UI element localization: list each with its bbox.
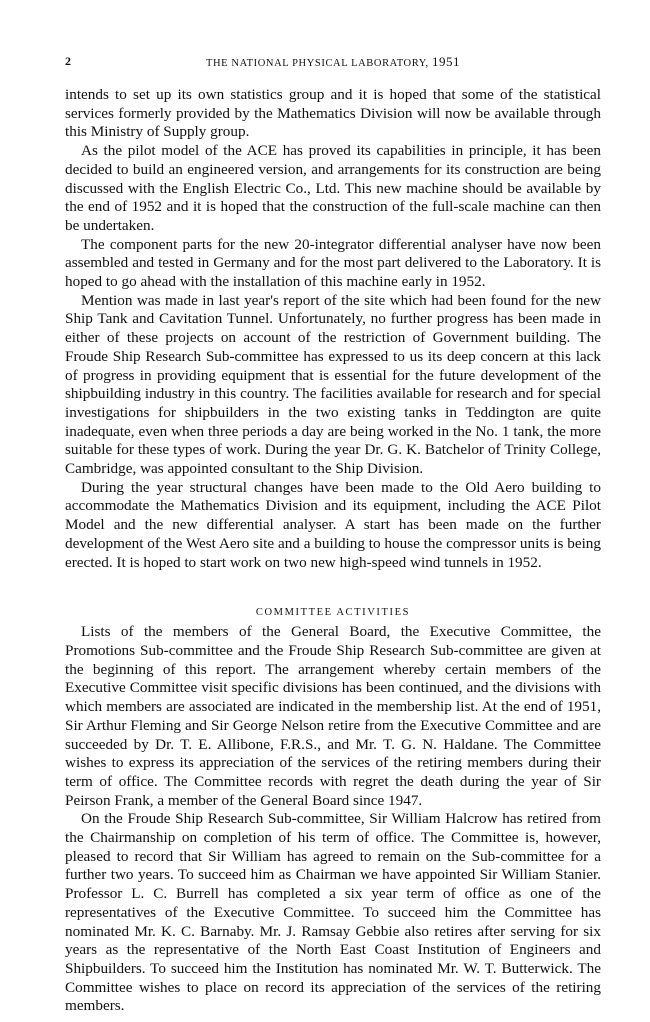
section-facilities: intends to set up its own statistics gro… bbox=[65, 86, 601, 572]
running-head-title: THE NATIONAL PHYSICAL LABORATORY, 1951 bbox=[65, 54, 601, 70]
paragraph-ship-tank: Mention was made in last year's report o… bbox=[65, 292, 601, 479]
running-head: 2 THE NATIONAL PHYSICAL LABORATORY, 1951 bbox=[65, 52, 601, 74]
paragraph-statistics: intends to set up its own statistics gro… bbox=[65, 86, 601, 142]
running-head-text: THE NATIONAL PHYSICAL LABORATORY, bbox=[206, 58, 429, 69]
section-committee-activities: Committee Activities Lists of the member… bbox=[65, 605, 601, 1016]
section-heading: Committee Activities bbox=[65, 605, 601, 621]
paragraph-ace: As the pilot model of the ACE has proved… bbox=[65, 142, 601, 236]
paragraph-structural-changes: During the year structural changes have … bbox=[65, 479, 601, 573]
document-page: 2 THE NATIONAL PHYSICAL LABORATORY, 1951… bbox=[65, 52, 601, 1016]
paragraph-committee-members: Lists of the members of the General Boar… bbox=[65, 623, 601, 810]
paragraph-froude-subcommittee: On the Froude Ship Research Sub-committe… bbox=[65, 810, 601, 1016]
paragraph-differential-analyser: The component parts for the new 20-integ… bbox=[65, 236, 601, 292]
running-head-year: 1951 bbox=[432, 54, 460, 69]
